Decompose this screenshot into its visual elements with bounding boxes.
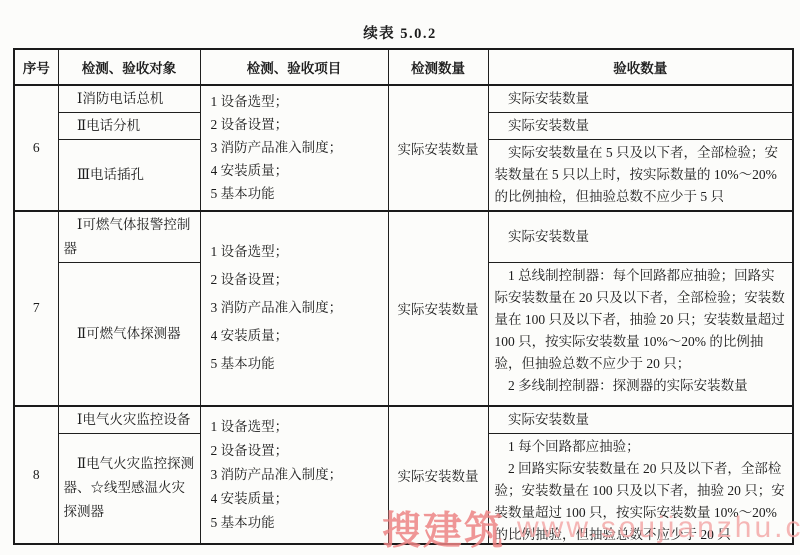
object-6-1: Ⅰ消防电话总机 xyxy=(58,85,200,113)
item-line: 4 安装质量； xyxy=(211,327,384,345)
table-row: 6 Ⅰ消防电话总机 1 设备选型； 2 设备设置； 3 消防产品准入制度； 4 … xyxy=(14,85,793,113)
object-6-1-text: Ⅰ消防电话总机 xyxy=(59,86,200,112)
item-line: 1 设备选型； xyxy=(211,93,384,111)
col-header-serial: 序号 xyxy=(14,49,58,85)
object-7-2: Ⅱ可燃气体探测器 xyxy=(58,262,200,406)
item-line: 3 消防产品准入制度； xyxy=(211,466,384,484)
col-header-item: 检测、验收项目 xyxy=(200,49,388,85)
serial-number-6: 6 xyxy=(14,85,58,211)
acceptance-table: 序号 检测、验收对象 检测、验收项目 检测数量 验收数量 6 Ⅰ消防电话总机 1… xyxy=(13,48,794,545)
accept-qty-8-1: 实际安装数量 xyxy=(488,406,793,434)
accept-qty-6-3: 实际安装数量在 5 只及以下者，全部检验；安装数量在 5 只以上时，按实际数量的… xyxy=(488,140,793,211)
object-7-1: Ⅰ可燃气体报警控制器 xyxy=(58,211,200,263)
accept-text: 2 多线制控制器：探测器的实际安装数量 xyxy=(495,375,787,397)
object-6-2-text: Ⅱ电话分机 xyxy=(59,113,200,139)
accept-text: 1 每个回路都应抽验； xyxy=(495,436,787,458)
accept-qty-8-2: 1 每个回路都应抽验； 2 回路实际安装数量在 20 只及以下者，全部检验；安装… xyxy=(488,434,793,544)
detect-qty-6-text: 实际安装数量 xyxy=(389,138,488,158)
item-line: 2 设备设置； xyxy=(211,116,384,134)
item-line: 5 基本功能 xyxy=(211,355,384,373)
detect-qty-7-text: 实际安装数量 xyxy=(389,298,488,318)
items-7: 1 设备选型； 2 设备设置； 3 消防产品准入制度； 4 安装质量； 5 基本… xyxy=(200,211,388,407)
object-8-2: Ⅱ电气火灾监控探测器、☆线型感温火灾探测器 xyxy=(58,434,200,544)
items-8: 1 设备选型； 2 设备设置； 3 消防产品准入制度； 4 安装质量； 5 基本… xyxy=(200,406,388,544)
object-6-3-text: Ⅲ电话插孔 xyxy=(59,162,200,188)
detect-qty-8: 实际安装数量 xyxy=(388,406,488,544)
table-row: 8 Ⅰ电气火灾监控设备 1 设备选型； 2 设备设置； 3 消防产品准入制度； … xyxy=(14,406,793,434)
item-line: 5 基本功能 xyxy=(211,514,384,532)
accept-qty-6-1: 实际安装数量 xyxy=(488,85,793,113)
detect-qty-8-text: 实际安装数量 xyxy=(389,465,488,485)
item-line: 5 基本功能 xyxy=(211,185,384,203)
accept-qty-7-2: 1 总线制控制器：每个回路都应抽验；回路实际安装数量在 20 只及以下者，全部检… xyxy=(488,262,793,406)
object-8-1: Ⅰ电气火灾监控设备 xyxy=(58,406,200,434)
accept-text: 实际安装数量 xyxy=(495,88,787,110)
col-header-accept-qty: 验收数量 xyxy=(488,49,793,85)
item-line: 3 消防产品准入制度； xyxy=(211,139,384,157)
object-6-2: Ⅱ电话分机 xyxy=(58,113,200,140)
detect-qty-7: 实际安装数量 xyxy=(388,211,488,407)
detect-qty-6: 实际安装数量 xyxy=(388,85,488,211)
accept-text: 实际安装数量 xyxy=(495,409,787,431)
object-8-1-text: Ⅰ电气火灾监控设备 xyxy=(59,407,200,433)
accept-qty-7-1: 实际安装数量 xyxy=(488,211,793,263)
accept-text: 1 总线制控制器：每个回路都应抽验；回路实际安装数量在 20 只及以下者，全部检… xyxy=(495,265,787,375)
item-line: 2 设备设置； xyxy=(211,442,384,460)
accept-text: 实际安装数量在 5 只及以下者，全部检验；安装数量在 5 只以上时，按实际数量的… xyxy=(495,142,787,208)
page-title: 续表 5.0.2 xyxy=(0,22,800,43)
serial-number-8: 8 xyxy=(14,406,58,544)
item-line: 2 设备设置； xyxy=(211,271,384,289)
items-6: 1 设备选型； 2 设备设置； 3 消防产品准入制度； 4 安装质量； 5 基本… xyxy=(200,85,388,211)
accept-qty-6-2: 实际安装数量 xyxy=(488,113,793,140)
serial-number-7: 7 xyxy=(14,211,58,407)
item-line: 1 设备选型； xyxy=(211,243,384,261)
accept-text: 实际安装数量 xyxy=(495,226,787,248)
col-header-object: 检测、验收对象 xyxy=(58,49,200,85)
item-line: 1 设备选型； xyxy=(211,418,384,436)
col-header-detect-qty: 检测数量 xyxy=(388,49,488,85)
object-7-1-text: Ⅰ可燃气体报警控制器 xyxy=(59,212,200,262)
table-header-row: 序号 检测、验收对象 检测、验收项目 检测数量 验收数量 xyxy=(14,49,793,85)
table-row: 7 Ⅰ可燃气体报警控制器 1 设备选型； 2 设备设置； 3 消防产品准入制度；… xyxy=(14,211,793,263)
item-line: 4 安装质量； xyxy=(211,490,384,508)
accept-text: 2 回路实际安装数量在 20 只及以下者，全部检验；安装数量在 100 只及以下… xyxy=(495,458,787,542)
accept-text: 实际安装数量 xyxy=(495,115,787,137)
object-7-2-text: Ⅱ可燃气体探测器 xyxy=(59,321,200,347)
item-line: 3 消防产品准入制度； xyxy=(211,299,384,317)
item-line: 4 安装质量； xyxy=(211,162,384,180)
object-6-3: Ⅲ电话插孔 xyxy=(58,140,200,211)
object-8-2-text: Ⅱ电气火灾监控探测器、☆线型感温火灾探测器 xyxy=(59,451,200,525)
